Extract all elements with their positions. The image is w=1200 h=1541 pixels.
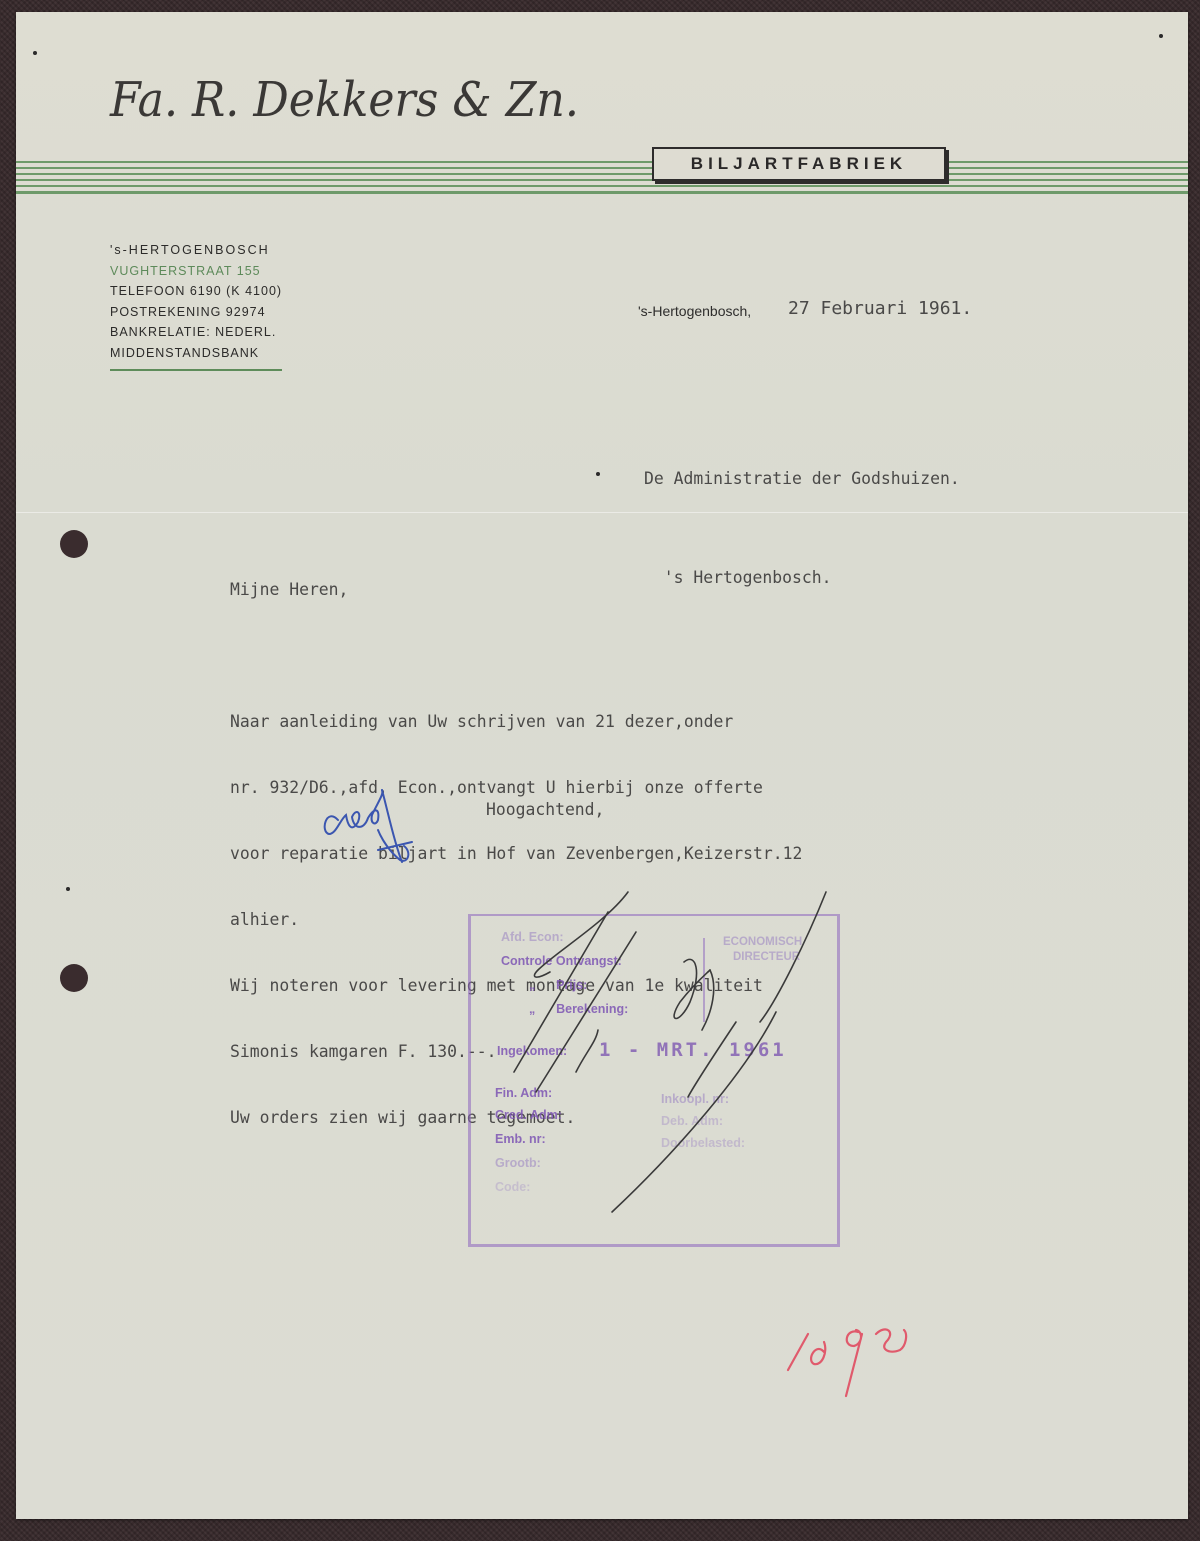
salutation: Mijne Heren, [230, 579, 802, 601]
pinhole [596, 472, 600, 476]
pinhole [66, 887, 70, 891]
stamp-header: ECONOMISCH [723, 936, 802, 948]
stamp-received-date: 1 - MRT. 1961 [599, 1039, 787, 1061]
business-type-badge: BILJARTFABRIEK [652, 147, 946, 181]
punch-hole [60, 530, 88, 558]
dateline-place: 's-Hertogenbosch, [638, 303, 751, 319]
pinhole [1159, 34, 1163, 38]
stamp-label: Controle Ontvangst: [501, 954, 622, 968]
stamp-received-label: Ingekomen: [497, 1044, 567, 1058]
svg-text:1092: 1092 [806, 1363, 809, 1365]
stamp-divider [703, 938, 705, 1022]
stamp-header: DIRECTEUR [733, 951, 800, 963]
address-street: VUGHTERSTRAAT 155 [110, 261, 282, 282]
dateline-date: 27 Februari 1961. [788, 298, 972, 319]
stamp-label: Inkoopl. nr: [661, 1092, 729, 1106]
address-city: 's-HERTOGENBOSCH [110, 240, 282, 261]
address-bank: BANKRELATIE: NEDERL. [110, 322, 282, 343]
company-address: 's-HERTOGENBOSCH VUGHTERSTRAAT 155 TELEF… [110, 240, 282, 363]
stamp-label: Code: [495, 1180, 530, 1194]
company-name: Fa. R. Dekkers & Zn. [110, 72, 579, 128]
body-line: nr. 932/D6.,afd. Econ.,ontvangt U hierbi… [230, 777, 802, 799]
letterhead-green-rules [16, 161, 1188, 195]
address-postal-account: POSTREKENING 92974 [110, 302, 282, 323]
punch-hole [60, 964, 88, 992]
address-underline [110, 369, 282, 371]
stamp-label: Deb. Adm: [661, 1114, 723, 1128]
stamp-label: Cred. Adm: [495, 1108, 562, 1122]
addressee-name: De Administratie der Godshuizen. [644, 462, 960, 495]
stamp-label: „ Berekening: [529, 1002, 628, 1016]
address-phone: TELEFOON 6190 (K 4100) [110, 281, 282, 302]
stamp-label: Fin. Adm: [495, 1086, 552, 1100]
paper-fold [16, 512, 1188, 513]
stamp-label: Emb. nr: [495, 1132, 546, 1146]
stamp-label: „ Prijs: [529, 978, 587, 992]
pinhole [33, 51, 37, 55]
received-stamp: Afd. Econ: Controle Ontvangst: „ Prijs: … [468, 914, 840, 1247]
address-bank-name: MIDDENSTANDSBANK [110, 343, 282, 364]
closing: Hoogachtend, [486, 800, 604, 819]
stamp-label: Doorbelasted: [661, 1136, 745, 1150]
stamp-label: Grootb: [495, 1156, 541, 1170]
body-line: voor reparatie biljart in Hof van Zevenb… [230, 843, 802, 865]
stamp-label: Afd. Econ: [501, 930, 564, 944]
body-line: Naar aanleiding van Uw schrijven van 21 … [230, 711, 802, 733]
red-number-icon [788, 1329, 906, 1396]
letter-sheet: Fa. R. Dekkers & Zn. BILJARTFABRIEK 's-H… [16, 12, 1188, 1519]
